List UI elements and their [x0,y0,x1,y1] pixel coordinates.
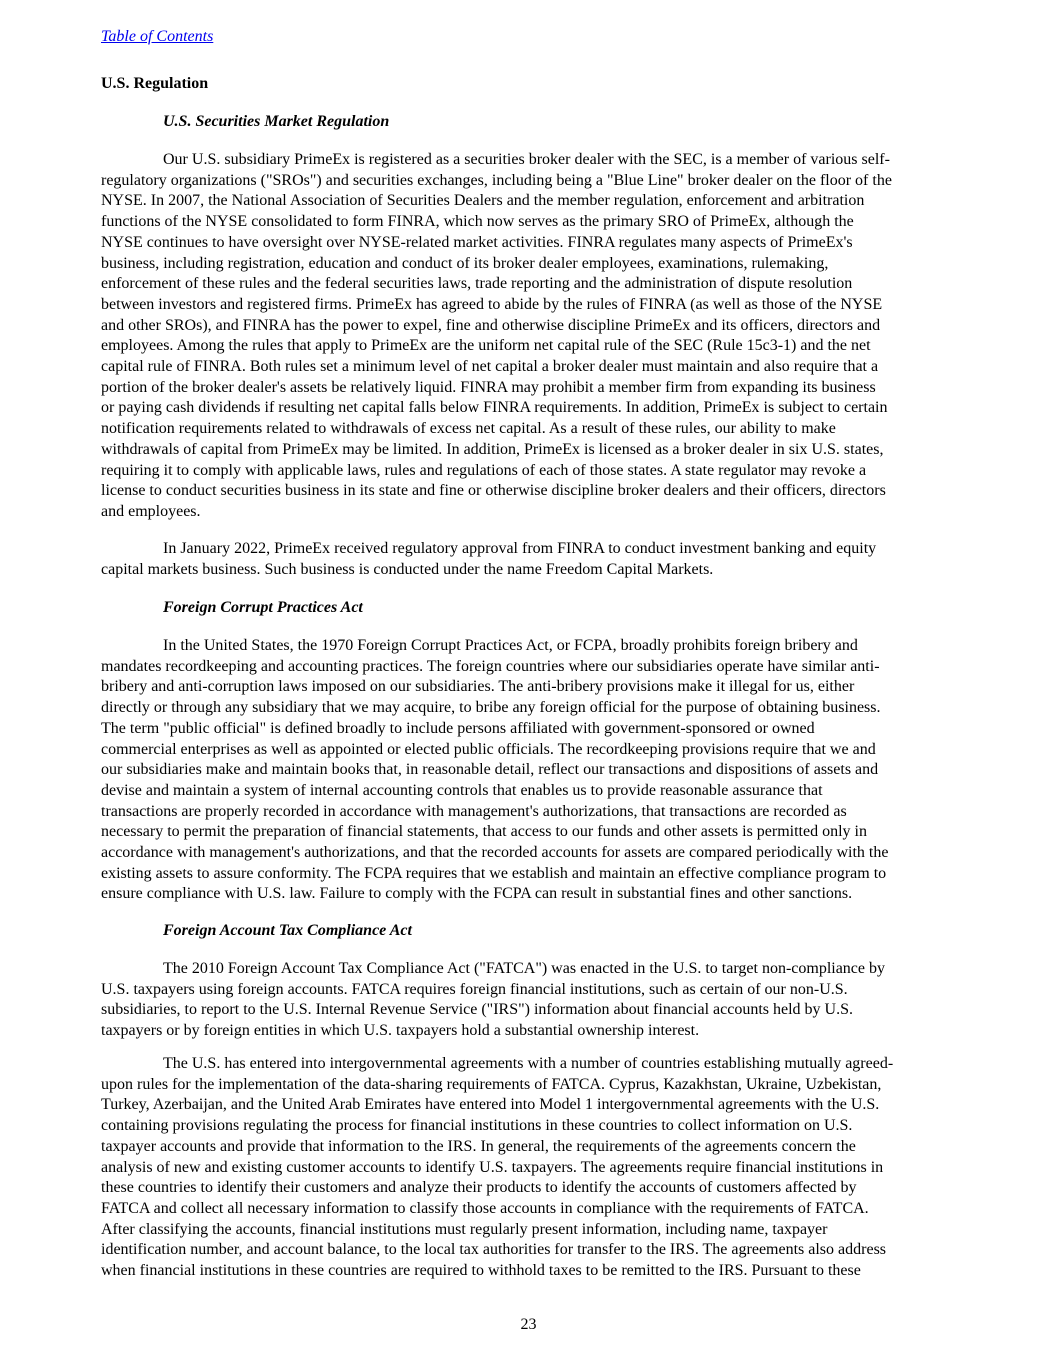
text-line: regulatory organizations ("SROs") and se… [101,171,961,192]
page-number: 23 [101,1315,956,1335]
text-line: After classifying the accounts, financia… [101,1220,961,1241]
text-line: license to conduct securities business i… [101,481,961,502]
text-line: bribery and anti-corruption laws imposed… [101,677,961,698]
text-line: between investors and registered firms. … [101,295,961,316]
text-line: notification requirements related to wit… [101,419,961,440]
text-line: portion of the broker dealer's assets be… [101,378,961,399]
text-line: identification number, and account balan… [101,1240,961,1261]
text-line: when financial institutions in these cou… [101,1261,961,1282]
paragraph-fatca-overview: The 2010 Foreign Account Tax Compliance … [101,959,961,1042]
paragraph-fcpa: In the United States, the 1970 Foreign C… [101,636,961,905]
text-line: and employees. [101,502,961,523]
text-line: mandates recordkeeping and accounting pr… [101,657,961,678]
text-line: In January 2022, PrimeEx received regula… [101,539,961,560]
text-line: The 2010 Foreign Account Tax Compliance … [101,959,961,980]
paragraph-freedom-capital-markets: In January 2022, PrimeEx received regula… [101,539,961,580]
text-line: analysis of new and existing customer ac… [101,1158,961,1179]
text-line: and other SROs), and FINRA has the power… [101,316,961,337]
section-heading-us-regulation: U.S. Regulation [101,74,208,94]
text-line: FATCA and collect all necessary informat… [101,1199,961,1220]
subheading-securities-market-regulation: U.S. Securities Market Regulation [163,112,389,132]
text-line: upon rules for the implementation of the… [101,1075,961,1096]
text-line: subsidiaries, to report to the U.S. Inte… [101,1000,961,1021]
text-line: The term "public official" is defined br… [101,719,961,740]
text-line: existing assets to assure conformity. Th… [101,864,961,885]
text-line: In the United States, the 1970 Foreign C… [101,636,961,657]
text-line: Our U.S. subsidiary PrimeEx is registere… [101,150,961,171]
text-line: employees. Among the rules that apply to… [101,336,961,357]
text-line: containing provisions regulating the pro… [101,1116,961,1137]
text-line: Turkey, Azerbaijan, and the United Arab … [101,1095,961,1116]
subheading-fcpa: Foreign Corrupt Practices Act [163,598,363,618]
text-line: or paying cash dividends if resulting ne… [101,398,961,419]
text-line: capital rule of FINRA. Both rules set a … [101,357,961,378]
text-line: ensure compliance with U.S. law. Failure… [101,884,961,905]
text-line: taxpayer accounts and provide that infor… [101,1137,961,1158]
text-line: NYSE. In 2007, the National Association … [101,191,961,212]
text-line: transactions are properly recorded in ac… [101,802,961,823]
text-line: necessary to permit the preparation of f… [101,822,961,843]
text-line: withdrawals of capital from PrimeEx may … [101,440,961,461]
paragraph-primeex-registration: Our U.S. subsidiary PrimeEx is registere… [101,150,961,523]
text-line: NYSE continues to have oversight over NY… [101,233,961,254]
text-line: business, including registration, educat… [101,254,961,275]
text-line: enforcement of these rules and the feder… [101,274,961,295]
table-of-contents-link[interactable]: Table of Contents [101,27,213,47]
text-line: accordance with management's authorizati… [101,843,961,864]
text-line: capital markets business. Such business … [101,560,961,581]
text-line: taxpayers or by foreign entities in whic… [101,1021,961,1042]
paragraph-intergovernmental-agreements: The U.S. has entered into intergovernmen… [101,1054,961,1282]
text-line: The U.S. has entered into intergovernmen… [101,1054,961,1075]
text-line: requiring it to comply with applicable l… [101,461,961,482]
text-line: functions of the NYSE consolidated to fo… [101,212,961,233]
text-line: these countries to identify their custom… [101,1178,961,1199]
text-line: directly or through any subsidiary that … [101,698,961,719]
text-line: U.S. taxpayers using foreign accounts. F… [101,980,961,1001]
subheading-fatca: Foreign Account Tax Compliance Act [163,921,412,941]
text-line: devise and maintain a system of internal… [101,781,961,802]
text-line: our subsidiaries make and maintain books… [101,760,961,781]
text-line: commercial enterprises as well as appoin… [101,740,961,761]
